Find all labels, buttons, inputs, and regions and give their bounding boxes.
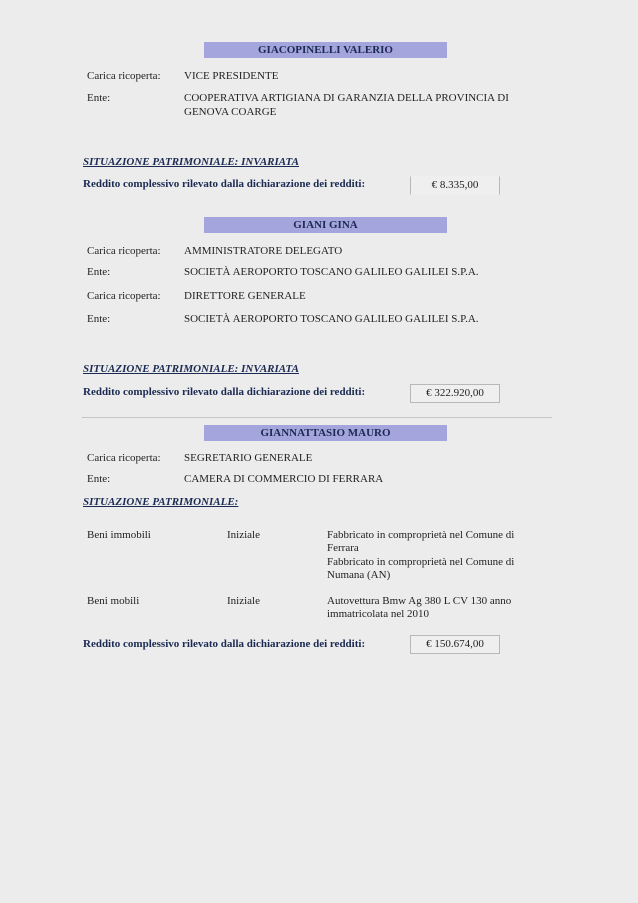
ente-value: SOCIETÀ AEROPORTO TOSCANO GALILEO GALILE…: [184, 266, 479, 280]
carica-label: Carica ricoperta:: [87, 245, 161, 257]
reddito-value: € 150.674,00: [410, 635, 500, 654]
person-name-header: GIACOPINELLI VALERIO: [204, 42, 447, 58]
ente-label: Ente:: [87, 92, 110, 104]
reddito-label: Reddito complessivo rilevato dalla dichi…: [83, 386, 365, 398]
ente-value: CAMERA DI COMMERCIO DI FERRARA: [184, 473, 383, 487]
person-name-header: GIANI GINA: [204, 217, 447, 233]
carica-label: Carica ricoperta:: [87, 290, 161, 302]
situazione-patrimoniale: SITUAZIONE PATRIMONIALE: INVARIATA: [83, 156, 299, 168]
section-divider: [82, 417, 552, 418]
reddito-value: € 322.920,00: [410, 384, 500, 403]
ente-label: Ente:: [87, 266, 110, 278]
carica-label: Carica ricoperta:: [87, 452, 161, 464]
ente-label: Ente:: [87, 473, 110, 485]
reddito-value: € 8.335,00: [410, 176, 500, 195]
ente-value: COOPERATIVA ARTIGIANA DI GARANZIA DELLA …: [184, 92, 534, 119]
ente-value: SOCIETÀ AEROPORTO TOSCANO GALILEO GALILE…: [184, 313, 479, 327]
carica-value: SEGRETARIO GENERALE: [184, 452, 312, 466]
carica-label: Carica ricoperta:: [87, 70, 161, 82]
ente-label: Ente:: [87, 313, 110, 325]
asset-type: Beni mobili: [87, 595, 139, 607]
reddito-label: Reddito complessivo rilevato dalla dichi…: [83, 638, 365, 650]
asset-status: Iniziale: [227, 595, 260, 607]
asset-type: Beni immobili: [87, 529, 151, 541]
person-name-header: GIANNATTASIO MAURO: [204, 425, 447, 441]
carica-value: VICE PRESIDENTE: [184, 70, 278, 84]
asset-description: Autovettura Bmw Ag 380 L CV 130 anno imm…: [327, 595, 542, 622]
asset-description: Fabbricato in comproprietà nel Comune di…: [327, 529, 542, 582]
reddito-label: Reddito complessivo rilevato dalla dichi…: [83, 178, 365, 190]
carica-value: AMMINISTRATORE DELEGATO: [184, 245, 342, 259]
asset-status: Iniziale: [227, 529, 260, 541]
carica-value: DIRETTORE GENERALE: [184, 290, 306, 304]
situazione-patrimoniale: SITUAZIONE PATRIMONIALE: INVARIATA: [83, 363, 299, 375]
situazione-patrimoniale: SITUAZIONE PATRIMONIALE:: [83, 496, 238, 508]
